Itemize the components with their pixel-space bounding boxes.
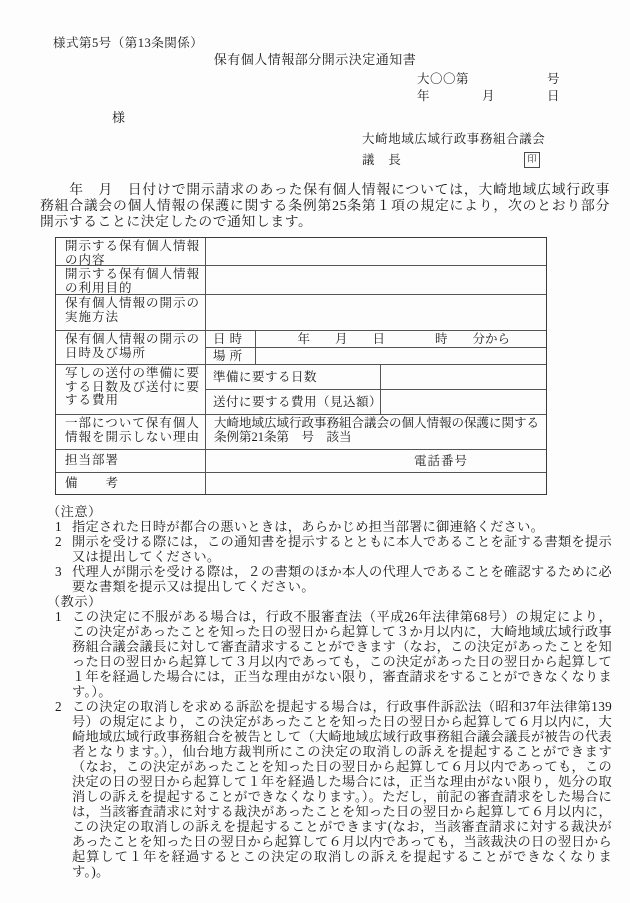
subrow-place: 場 所 (206, 347, 546, 364)
subrow-datetime: 日 時 年 月 日 時 分から (206, 331, 546, 347)
document-number-line: 大〇〇第 号 (0, 71, 560, 88)
row-value-content (206, 238, 546, 265)
instruction-item: 1 この決定に不服がある場合は，行政不服審査法（平成26年法律第68号）の規定に… (47, 609, 612, 699)
table-row-content: 開示する保有個人情報 の内容 (56, 238, 546, 265)
subkey-place: 場 所 (206, 348, 256, 364)
instruction-item-number: 2 (47, 699, 72, 879)
instruction-item: 2 この決定の取消しを求める訴訟を提起する場合は，行政事件訴訟法（昭和37年法律… (47, 699, 612, 879)
row-value-department: 電話番号 (206, 450, 546, 472)
seal-mark: 印 (524, 152, 540, 168)
note-item-number: 3 (47, 564, 72, 594)
document-page: 様式第5号（第13条関係） 保有個人情報部分開示決定通知書 大〇〇第 号 年 月… (0, 0, 630, 903)
subvalue-datetime: 年 月 日 時 分から (256, 331, 546, 347)
table-row-nondisclosure-reason: 一部について保有個人 情報を開示しない理由 大崎地域広域行政事務組合議会の個人情… (56, 414, 546, 449)
row-value-nondisclosure-reason: 大崎地域広域行政事務組合議会の個人情報の保護に関する 条例第21条第 号 該当 (206, 415, 546, 449)
instruction-item-text: この決定に不服がある場合は，行政不服審査法（平成26年法律第68号）の規定により… (72, 609, 612, 699)
note-item: 2 開示を受ける際には，この通知書を提示するとともに本人であることを証する書類を… (47, 534, 612, 564)
instruction-item-number: 1 (47, 609, 72, 699)
phone-number-label: 電話番号 (414, 455, 468, 469)
subkey-mailing-cost: 送付に要する費用（見込額） (206, 390, 381, 414)
addressee-line: 様 (112, 110, 630, 126)
row-label-copy-mailing: 写しの送付の準備に要 する日数及び送付に要 する費用 (56, 365, 206, 414)
disclosure-decision-table: 開示する保有個人情報 の内容 開示する保有個人情報 の利用目的 保有個人情報の開… (55, 237, 547, 495)
subrow-prep-days: 準備に要する日数 (206, 365, 546, 389)
row-label-nondisclosure-reason: 一部について保有個人 情報を開示しない理由 (56, 415, 206, 449)
instruction-heading: （教示） (47, 594, 612, 609)
table-row-datetime-place: 保有個人情報の開示の 日時及び場所 日 時 年 月 日 時 分から 場 所 (56, 330, 546, 364)
note-item-text: 指定された日時が都合の悪いときは，あらかじめ担当部署に御連絡ください。 (72, 519, 612, 534)
table-row-department: 担当部署 電話番号 (56, 449, 546, 472)
note-item: 1 指定された日時が都合の悪いときは，あらかじめ担当部署に御連絡ください。 (47, 519, 612, 534)
notes-section: （注意） 1 指定された日時が都合の悪いときは，あらかじめ担当部署に御連絡くださ… (47, 504, 612, 879)
row-value-remarks (206, 473, 546, 494)
subkey-prep-days: 準備に要する日数 (206, 365, 381, 389)
table-row-purpose: 開示する保有個人情報 の利用目的 (56, 265, 546, 294)
note-item-number: 2 (47, 534, 72, 564)
sender-title: 議 長 (362, 153, 401, 168)
form-number: 様式第5号（第13条関係） (53, 36, 630, 50)
sender-title-line: 議 長 印 (362, 152, 548, 168)
table-row-remarks: 備 考 (56, 472, 546, 494)
note-item-text: 開示を受ける際には，この通知書を提示するとともに本人であることを証する書類を提示… (72, 534, 612, 564)
page-title: 保有個人情報部分開示決定通知書 (0, 52, 630, 68)
note-item: 3 代理人が開示を受ける際は，２の書類のほか本人の代理人であることを確認するため… (47, 564, 612, 594)
table-row-method: 保有個人情報の開示の 実施方法 (56, 294, 546, 330)
row-value-purpose (206, 266, 546, 294)
subvalue-mailing-cost (381, 390, 546, 414)
subkey-datetime: 日 時 (206, 331, 256, 347)
subvalue-place (256, 348, 546, 364)
sender-organization: 大崎地域広域行政事務組合議会 (362, 132, 548, 147)
document-meta: 大〇〇第 号 年 月 日 (0, 71, 560, 105)
subvalue-prep-days (381, 365, 546, 389)
notes-heading: （注意） (47, 504, 612, 519)
row-label-purpose: 開示する保有個人情報 の利用目的 (56, 266, 206, 294)
copy-mailing-subtable: 準備に要する日数 送付に要する費用（見込額） (206, 365, 546, 414)
table-row-copy-mailing: 写しの送付の準備に要 する日数及び送付に要 する費用 準備に要する日数 送付に要… (56, 364, 546, 414)
notification-body: 年 月 日付けで開示請求のあった保有個人情報については，大崎地域広域行政事務組合… (40, 182, 610, 230)
row-label-department: 担当部署 (56, 450, 206, 472)
sender-block: 大崎地域広域行政事務組合議会 議 長 印 (362, 132, 548, 168)
datetime-place-subtable: 日 時 年 月 日 時 分から 場 所 (206, 331, 546, 364)
row-label-datetime-place: 保有個人情報の開示の 日時及び場所 (56, 331, 206, 364)
instruction-item-text: この決定の取消しを求める訴訟を提起する場合は，行政事件訴訟法（昭和37年法律第1… (72, 699, 612, 879)
note-item-number: 1 (47, 519, 72, 534)
row-label-method: 保有個人情報の開示の 実施方法 (56, 295, 206, 330)
note-item-text: 代理人が開示を受ける際は，２の書類のほか本人の代理人であることを確認するために必… (72, 564, 612, 594)
row-label-remarks: 備 考 (56, 473, 206, 494)
row-label-content: 開示する保有個人情報 の内容 (56, 238, 206, 265)
row-value-method (206, 295, 546, 330)
document-date-line: 年 月 日 (0, 88, 560, 105)
subrow-mailing-cost: 送付に要する費用（見込額） (206, 389, 546, 414)
